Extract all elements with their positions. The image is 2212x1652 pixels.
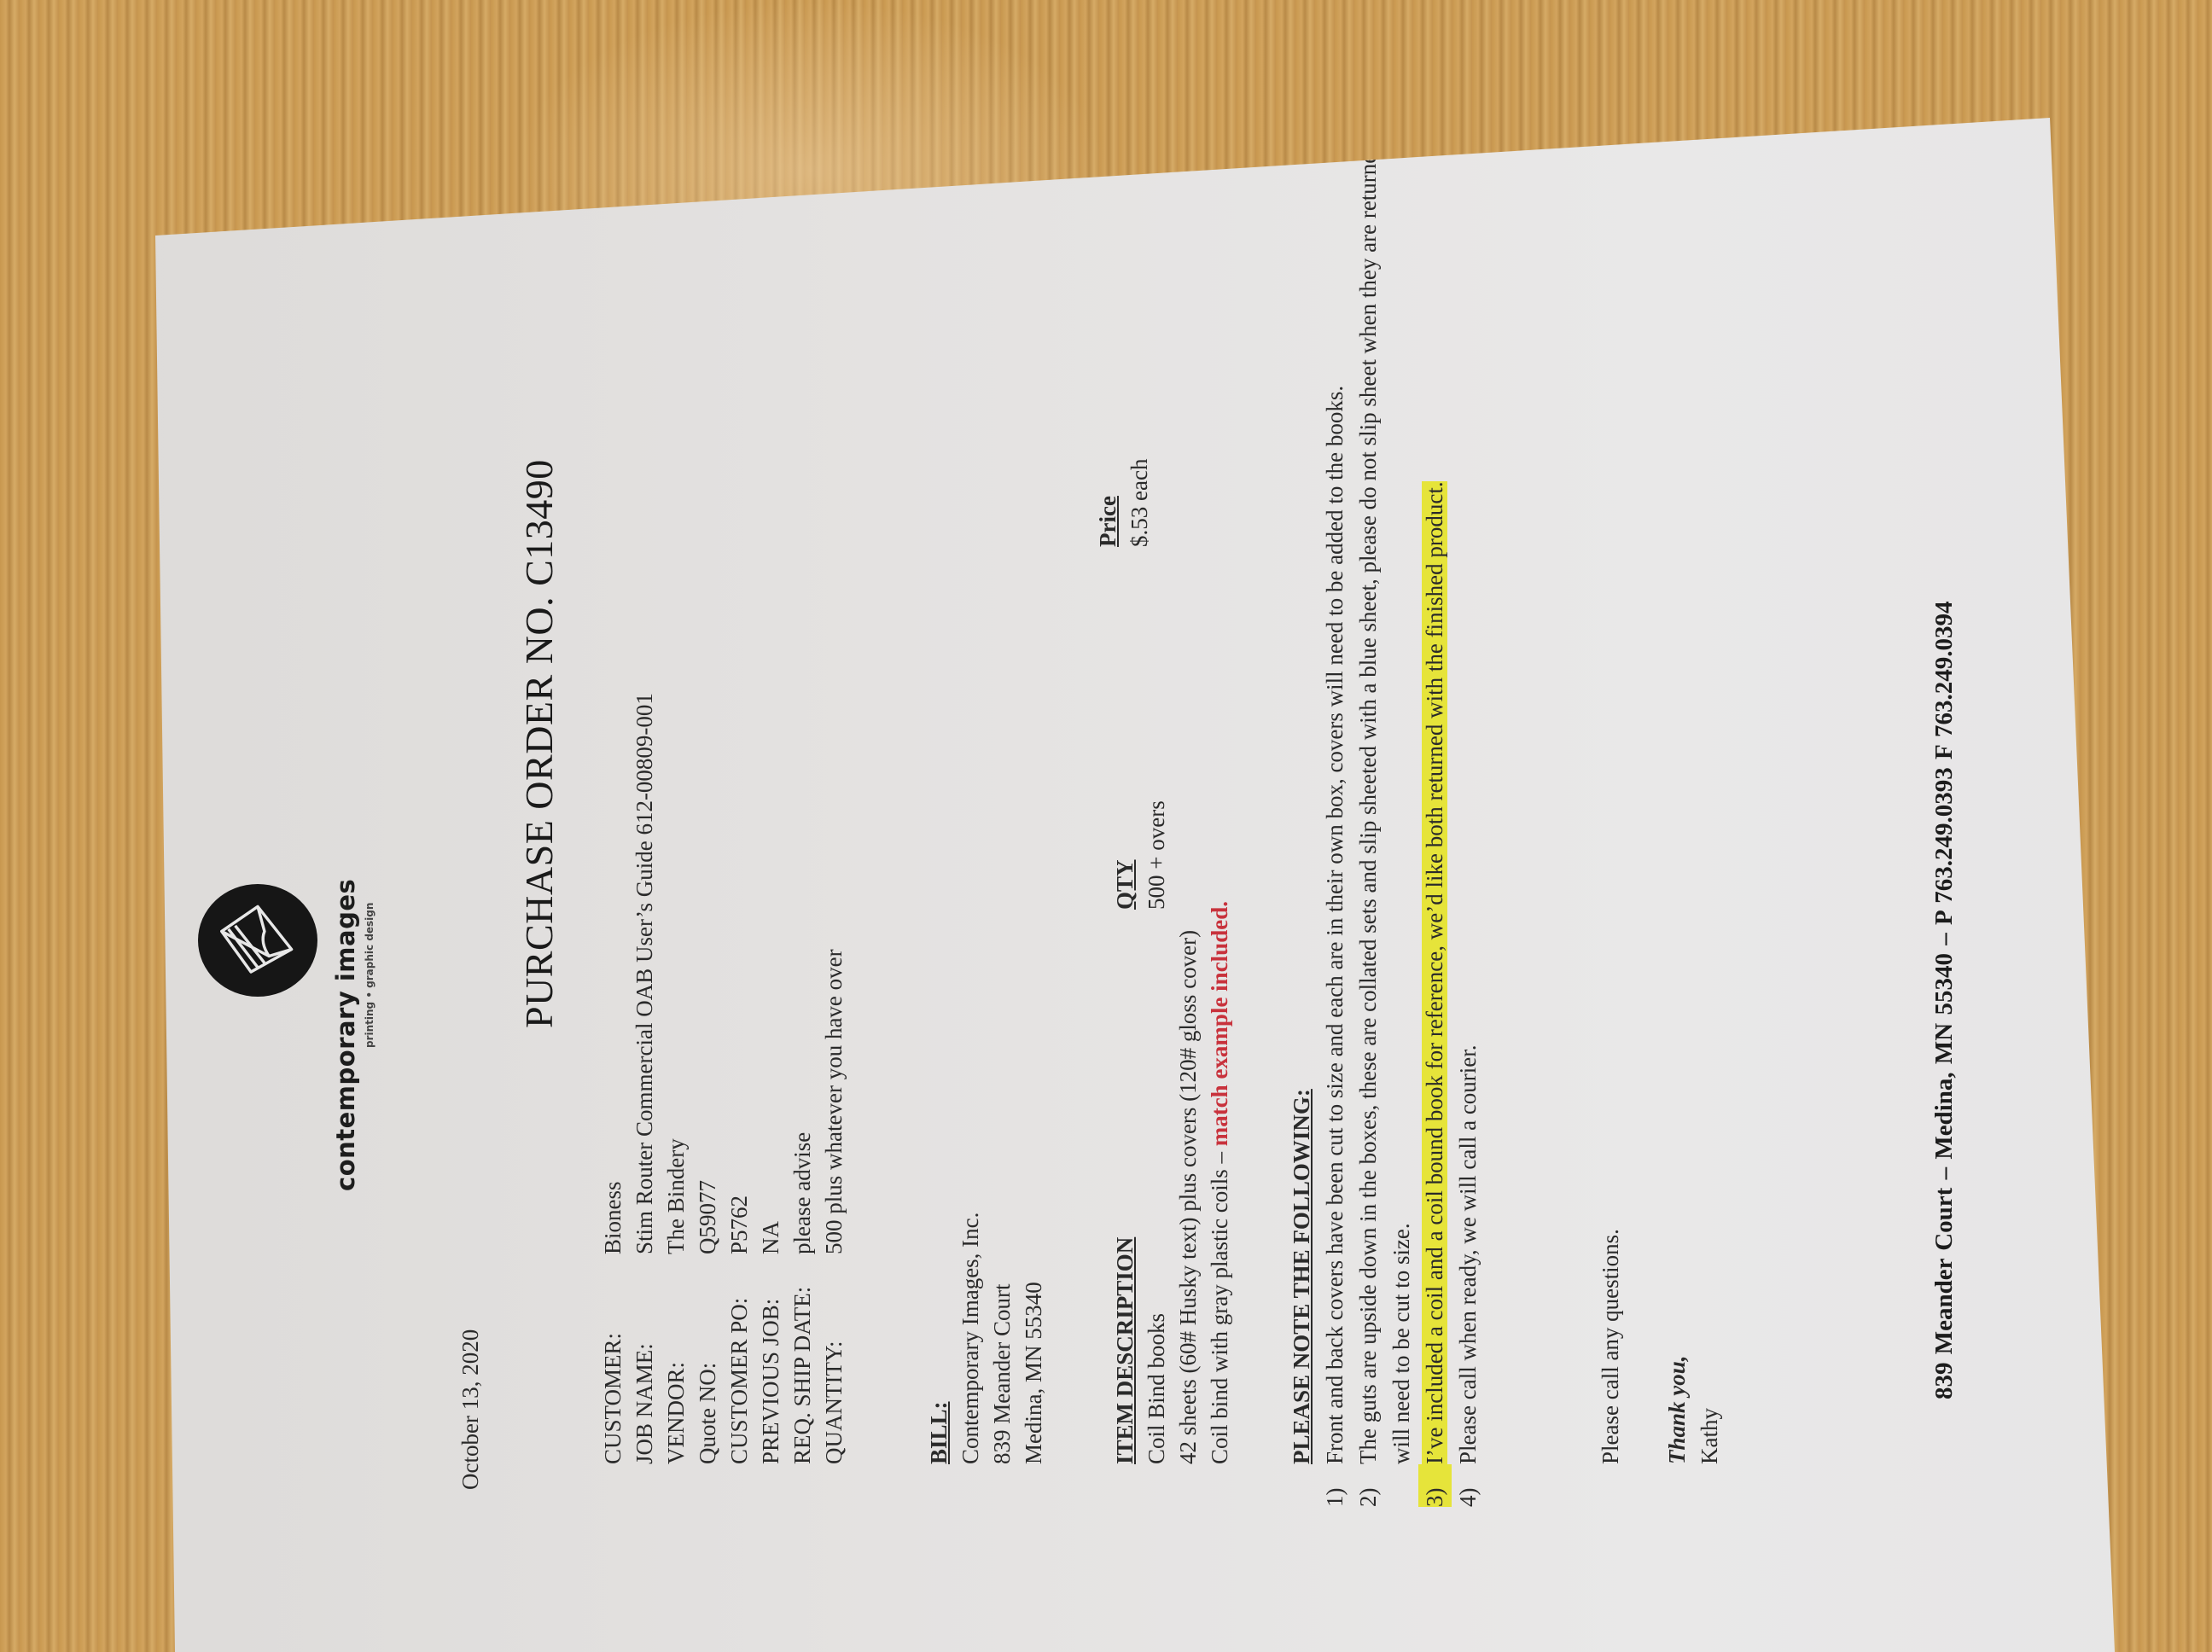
note-number: 1) — [1318, 1464, 1352, 1507]
rotated-document: contemporary images printing • graphic d… — [0, 0, 2212, 1652]
field-value: P5762 — [724, 1195, 755, 1254]
bill-heading: BILL: — [923, 1213, 955, 1464]
paper-sheet: contemporary images printing • graphic d… — [0, 0, 2212, 1652]
field-value: Q59077 — [692, 1180, 724, 1254]
brand-tagline: printing • graphic design — [364, 903, 375, 1048]
bill-to-block: BILL: Contemporary Images, Inc. 839 Mean… — [923, 1213, 1050, 1464]
field-label: JOB NAME: — [629, 1254, 661, 1464]
qty-heading: QTY — [1109, 800, 1141, 910]
item-description-block: ITEM DESCRIPTION Coil Bind books 42 shee… — [1109, 901, 1236, 1464]
info-row: CUSTOMER:Bioness — [597, 693, 629, 1464]
price-heading: Price — [1092, 459, 1124, 547]
field-value: NA — [755, 1221, 787, 1254]
note-text: The guts are upside down in the boxes, t… — [1352, 56, 1418, 1464]
item-line: 42 sheets (60# Husky text) plus covers (… — [1173, 901, 1204, 1464]
info-row: QUANTITY:500 plus whatever you have over — [818, 693, 850, 1464]
notes-heading: PLEASE NOTE THE FOLLOWING: — [1285, 56, 1318, 1464]
info-row: VENDOR:The Bindery — [661, 693, 692, 1464]
field-value: 500 plus whatever you have over — [818, 949, 850, 1254]
note-text: Front and back covers have been cut to s… — [1318, 56, 1352, 1464]
note-item: 1)Front and back covers have been cut to… — [1318, 56, 1352, 1507]
bill-line: 839 Meander Court — [987, 1213, 1018, 1464]
field-label: VENDOR: — [661, 1254, 692, 1464]
info-row: CUSTOMER PO:P5762 — [724, 693, 755, 1464]
page-title: PURCHASE ORDER NO. C13490 — [516, 459, 562, 1028]
note-text: Please call when ready, we will call a c… — [1452, 56, 1485, 1464]
note-number: 2) — [1352, 1464, 1418, 1507]
bill-line: Contemporary Images, Inc. — [955, 1213, 987, 1464]
note-number: 3) — [1418, 1464, 1452, 1507]
document-date: October 13, 2020 — [457, 1329, 484, 1490]
info-row: REQ. SHIP DATE:please advise — [787, 693, 818, 1464]
field-value: Stim Router Commercial OAB User’s Guide … — [629, 693, 661, 1254]
match-example-note: match example included. — [1207, 901, 1232, 1146]
note-item: 2)The guts are upside down in the boxes,… — [1352, 56, 1418, 1507]
item-line: Coil Bind books — [1141, 901, 1173, 1464]
brand-name: contemporary images — [331, 879, 360, 1191]
item-heading: ITEM DESCRIPTION — [1109, 901, 1141, 1464]
note-item: 4)Please call when ready, we will call a… — [1452, 56, 1485, 1507]
info-row: Quote NO:Q59077 — [692, 693, 724, 1464]
item-line: Coil bind with gray plastic coils – matc… — [1204, 901, 1236, 1464]
diamond-book-logo-icon — [198, 884, 317, 997]
price-column: Price $.53 each — [1092, 459, 1155, 547]
bill-line: Medina, MN 55340 — [1018, 1213, 1050, 1464]
item-line-text: Coil bind with gray plastic coils – — [1207, 1146, 1232, 1464]
note-number: 4) — [1452, 1464, 1485, 1507]
field-label: REQ. SHIP DATE: — [787, 1254, 818, 1464]
note-item-highlighted: 3)I’ve included a coil and a coil bound … — [1418, 56, 1452, 1507]
closing-line: Please call any questions. — [1594, 1229, 1627, 1464]
field-label: Quote NO: — [692, 1254, 724, 1464]
notes-block: PLEASE NOTE THE FOLLOWING: 1)Front and b… — [1285, 56, 1485, 1507]
field-value: The Bindery — [661, 1138, 692, 1254]
field-label: CUSTOMER: — [597, 1254, 629, 1464]
field-label: CUSTOMER PO: — [724, 1254, 755, 1464]
footer-address: 839 Meander Court – Medina, MN 55340 – P… — [1930, 602, 1959, 1399]
qty-column: QTY 500 + overs — [1109, 800, 1173, 910]
info-row: PREVIOUS JOB:NA — [755, 693, 787, 1464]
closing-block: Please call any questions. Thank you, Ka… — [1594, 1229, 1726, 1464]
thank-you: Thank you, — [1661, 1229, 1693, 1464]
price-value: $.53 each — [1124, 459, 1155, 547]
qty-value: 500 + overs — [1141, 800, 1173, 910]
info-row: JOB NAME:Stim Router Commercial OAB User… — [629, 693, 661, 1464]
field-value: Bioness — [597, 1181, 629, 1254]
field-label: QUANTITY: — [818, 1254, 850, 1464]
order-info: CUSTOMER:Bioness JOB NAME:Stim Router Co… — [597, 693, 850, 1464]
field-value: please advise — [787, 1132, 818, 1254]
signature: Kathy — [1693, 1229, 1726, 1464]
note-text-highlighted: I’ve included a coil and a coil bound bo… — [1422, 481, 1447, 1464]
field-label: PREVIOUS JOB: — [755, 1254, 787, 1464]
